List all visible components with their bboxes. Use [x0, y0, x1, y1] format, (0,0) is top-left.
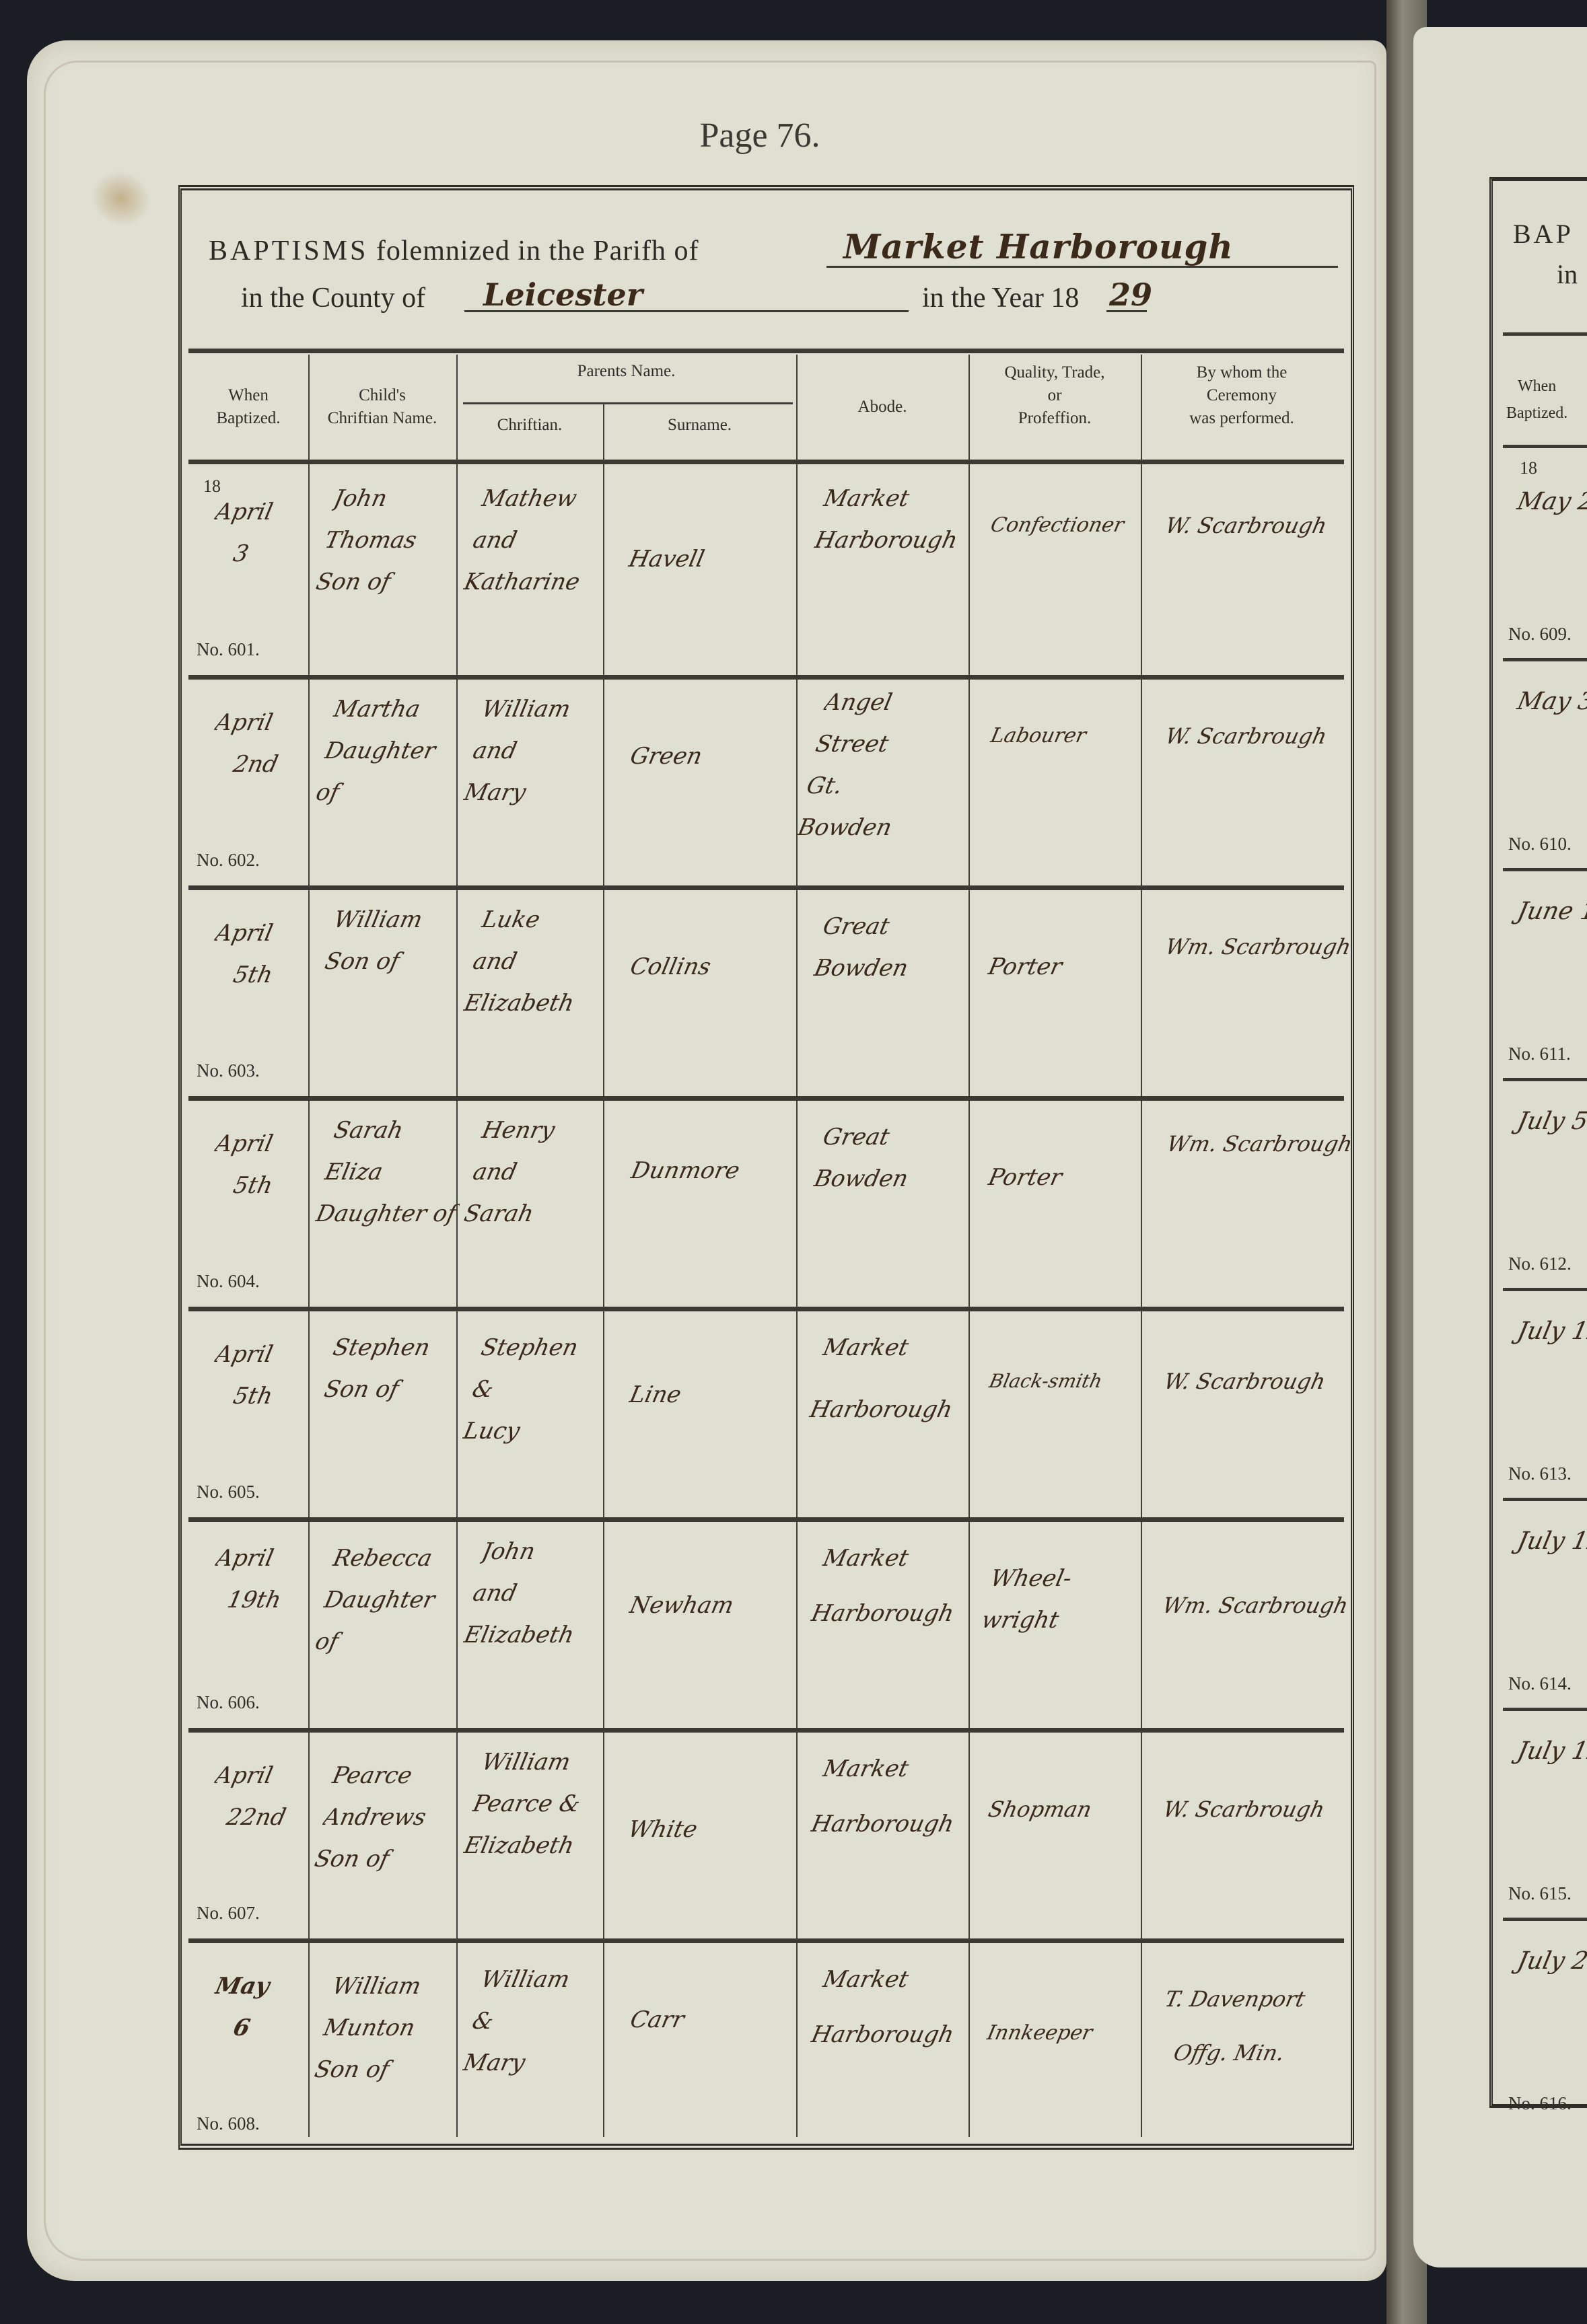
cell-performed-by: W. Scarbrough [1134, 715, 1366, 885]
cell-trade: Innkeeper [962, 2012, 1160, 2149]
table-row: April5th StephenSon of Stephen&Lucy Line… [188, 1307, 1344, 1522]
facing-header-top-rule [1503, 332, 1587, 336]
table-row: April19th RebeccaDaughterof JohnandEliza… [188, 1517, 1344, 1733]
year-prefix: 18 [203, 476, 221, 497]
facing-col-when-baptized: WhenBaptized. [1506, 373, 1567, 427]
facing-row: July 12 No. 615. [1503, 1708, 1587, 1921]
title-county-text: in the County of [241, 282, 425, 314]
header-bottom-rule [188, 460, 1344, 464]
parish-name: Market Harborough [843, 227, 1234, 266]
cell-performed-by: Wm. Scarbrough [1133, 1123, 1367, 1307]
cell-surname: Newham [604, 1585, 816, 1728]
facing-row: 18 May 24 No. 609. [1503, 448, 1587, 661]
cell-trade: Shopman [961, 1788, 1161, 1938]
header-top-rule [188, 349, 1344, 353]
cell-abode: AngelStreetGt.Bowden [786, 682, 994, 885]
col-parents-surname: Surname. [603, 416, 796, 435]
title-solemnized-text: folemnized in the Parifh of [376, 235, 699, 266]
cell-performed-by: W. Scarbrough [1134, 505, 1366, 675]
title-baptisms: BAPTISMS [209, 235, 368, 266]
cell-surname: Collins [603, 946, 816, 1096]
cell-performed-by: T. DavenportOffg. Min. [1133, 1972, 1366, 2149]
cell-performed-by: Wm. Scarbrough [1134, 926, 1366, 1096]
col-performed-by: By whom theCeremonywas performed. [1141, 355, 1343, 466]
cell-abode: MarketHarborough [787, 1748, 993, 1938]
entry-number: No. 603. [197, 1060, 260, 1081]
entry-number: No. 607. [197, 1903, 260, 1924]
cell-abode: MarketHarborough [787, 1959, 993, 2149]
table-row: April2nd MarthaDaughterof WilliamandMary… [188, 675, 1344, 890]
cell-surname: Dunmore [602, 1150, 818, 1307]
entry-number: No. 601. [197, 639, 260, 660]
facing-row: July 12 No. 614. [1503, 1498, 1587, 1711]
cell-abode: GreatBowden [787, 906, 993, 1096]
cell-abode: GreatBowden [787, 1116, 993, 1307]
entry-number: No. 602. [197, 850, 260, 871]
cell-abode: MarketHarborough [787, 478, 993, 675]
table-row: April5th WilliamSon of LukeandElizabeth … [188, 885, 1344, 1101]
register-title: BAPTISMS folemnized in the Parifh of Mar… [201, 231, 1338, 317]
col-child-name: Child'sChriftian Name. [308, 355, 456, 460]
cell-surname: Green [603, 735, 816, 885]
cell-surname: Line [604, 1374, 816, 1517]
facing-page-register: BAP in WhenBaptized. 18 May 24 No. 609. … [1489, 177, 1587, 2108]
cell-performed-by: W. Scarbrough [1135, 1360, 1364, 1517]
county-name: Leicester [483, 277, 643, 313]
year-suffix: 29 [1109, 277, 1152, 313]
col-parents-name: Parents Name. [456, 362, 796, 381]
facing-row: July 12 No. 613. [1503, 1288, 1587, 1501]
cell-trade: Porter [961, 1157, 1161, 1307]
facing-row: June 17 No. 611. [1503, 868, 1587, 1081]
year-label: in the Year 18 [922, 282, 1079, 314]
cell-surname: White [605, 1809, 814, 1938]
parents-divider [463, 402, 793, 404]
baptism-register: BAPTISMS folemnized in the Parifh of Mar… [178, 185, 1354, 2150]
cell-trade: Porter [961, 946, 1161, 1096]
facing-title-fragment: BAP [1513, 218, 1574, 250]
facing-row: May 31 No. 610. [1503, 658, 1587, 871]
col-when-baptized: WhenBaptized. [188, 355, 308, 460]
col-abode: Abode. [796, 355, 968, 460]
col-trade: Quality, Trade,orProfeffion. [968, 355, 1141, 466]
cell-surname: Carr [603, 1999, 816, 2149]
cell-performed-by: Wm. Scarbrough [1137, 1585, 1362, 1728]
entry-number: No. 605. [197, 1482, 260, 1502]
facing-row: July 20 No. 616. [1503, 1918, 1587, 2128]
entries-list: 18 April3 JohnThomasSon of MathewandKath… [182, 464, 1351, 2144]
entry-number: No. 606. [197, 1692, 260, 1713]
facing-row: July 5th 8 No. 612. [1503, 1078, 1587, 1291]
cell-performed-by: W. Scarbrough [1136, 1788, 1363, 1938]
cell-trade: Confectioner [959, 505, 1164, 675]
paper-stain [82, 161, 160, 236]
entry-number: No. 608. [197, 2113, 260, 2134]
cell-trade: Wheel-wright [959, 1558, 1164, 1728]
entry-number: No. 604. [197, 1271, 260, 1292]
table-row: 18 April3 JohnThomasSon of MathewandKath… [188, 464, 1344, 680]
page-number: Page 76. [0, 116, 1520, 155]
table-row: May6 WilliamMuntonSon of William&Mary Ca… [188, 1938, 1344, 2149]
col-parents-christian: Chriftian. [456, 416, 603, 435]
table-row: April5th SarahElizaDaughter of HenryandS… [188, 1096, 1344, 1311]
facing-county-fragment: in [1557, 258, 1578, 290]
cell-abode: MarketHarborough [787, 1537, 993, 1728]
cell-trade: Black-smith [960, 1360, 1162, 1517]
cell-trade: Labourer [959, 715, 1164, 885]
cell-abode: MarketHarborough [787, 1327, 993, 1517]
table-row: April22nd PearceAndrewsSon of WilliamPea… [188, 1728, 1344, 1943]
cell-surname: Havell [604, 538, 815, 675]
